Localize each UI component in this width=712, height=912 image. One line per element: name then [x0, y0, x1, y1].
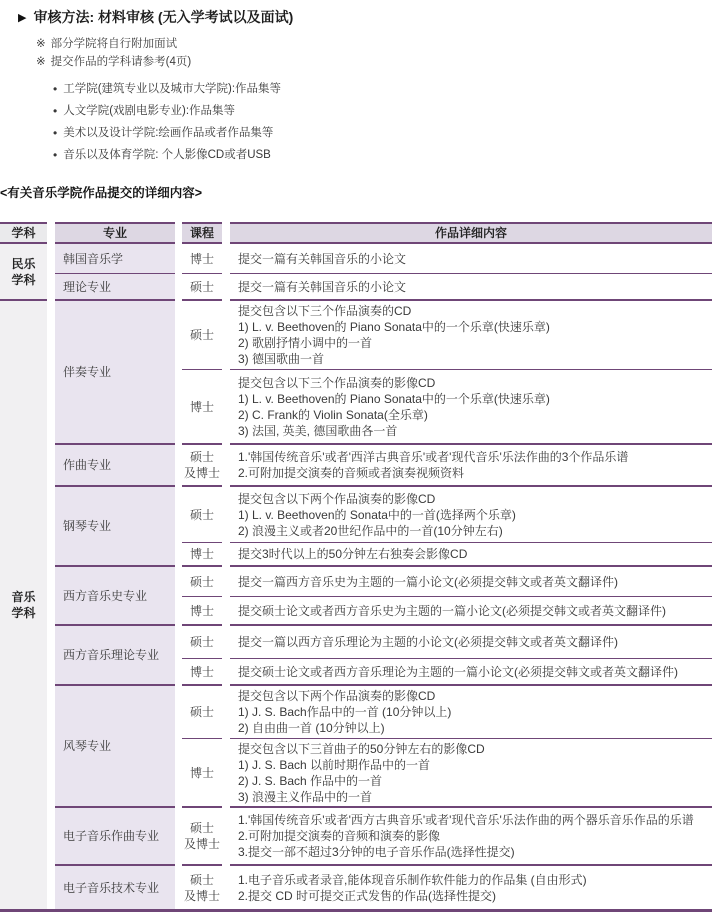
bullet-icon: • — [53, 100, 57, 122]
note-text: 部分学院将自行附加面试 — [51, 36, 178, 54]
bullet-item-engineering: • 工学院(建筑专业以及城市大学院):作品集等 — [53, 78, 712, 100]
bullet-text: 工学院(建筑专业以及城市大学院):作品集等 — [63, 78, 281, 100]
bullet-item-music-sports: • 音乐以及体育学院: 个人影像CD或者USB — [53, 144, 712, 166]
bullet-text: 人文学院(戏剧电影专业):作品集等 — [63, 100, 235, 122]
course-cell: 博士 — [182, 659, 222, 686]
college-bullet-list: • 工学院(建筑专业以及城市大学院):作品集等 • 人文学院(戏剧电影专业):作… — [0, 78, 712, 166]
triangle-marker-icon: ▶ — [18, 11, 26, 24]
major-electronic-music-technology: 电子音乐技术专业 — [55, 866, 175, 909]
course-cell: 博士 — [182, 244, 222, 274]
col-header-major: 专业 — [55, 222, 175, 244]
notes-list: ※ 部分学院将自行附加面试 ※ 提交作品的学科请参考(4页) — [0, 36, 712, 71]
major-western-music-theory: 西方音乐理论专业 — [55, 626, 175, 686]
detail-cell: 提交包含以下两个作品演奏的影像CD 1) L. v. Beethoven的 So… — [230, 487, 712, 543]
section-title: <有关音乐学院作品提交的详细内容> — [0, 183, 712, 201]
bullet-icon: • — [53, 122, 57, 144]
detail-cell: 提交包含以下三首曲子的50分钟左右的影像CD 1) J. S. Bach 以前时… — [230, 739, 712, 808]
course-cell: 硕士 — [182, 301, 222, 370]
major-piano: 钢琴专业 — [55, 487, 175, 567]
course-cell: 硕士 — [182, 686, 222, 739]
major-western-music-history: 西方音乐史专业 — [55, 567, 175, 626]
note-text: 提交作品的学科请参考(4页) — [51, 54, 192, 72]
course-cell: 硕士 — [182, 567, 222, 597]
detail-cell: 提交包含以下两个作品演奏的影像CD 1) J. S. Bach作品中的一首 (1… — [230, 686, 712, 739]
detail-cell: 1.'韩国传统音乐'或者'西方古典音乐'或者'现代音乐'乐法作曲的两个器乐音乐作… — [230, 808, 712, 866]
detail-cell: 提交一篇以西方音乐理论为主题的小论文(必须提交韩文或者英文翻译件) — [230, 626, 712, 659]
course-cell: 博士 — [182, 597, 222, 626]
course-cell: 博士 — [182, 739, 222, 808]
course-cell: 博士 — [182, 543, 222, 567]
major-composition: 作曲专业 — [55, 445, 175, 487]
detail-cell: 1.'韩国传统音乐'或者'西洋古典音乐'或者'现代音乐'乐法作曲的3个作品乐谱 … — [230, 445, 712, 487]
note-line: ※ 提交作品的学科请参考(4页) — [36, 54, 712, 72]
course-cell: 硕士 及博士 — [182, 808, 222, 866]
major-electronic-music-composition: 电子音乐作曲专业 — [55, 808, 175, 866]
note-line: ※ 部分学院将自行附加面试 — [36, 36, 712, 54]
col-header-detail: 作品详细内容 — [230, 222, 712, 244]
major-organ: 风琴专业 — [55, 686, 175, 808]
reference-mark-icon: ※ — [36, 54, 46, 72]
document-page: ▶ 审核方法: 材料审核 (无入学考试以及面试) ※ 部分学院将自行附加面试 ※… — [0, 7, 712, 912]
bullet-item-art-design: • 美术以及设计学院:绘画作品或者作品集等 — [53, 122, 712, 144]
major-korean-musicology: 韩国音乐学 — [55, 244, 175, 274]
detail-cell: 提交硕士论文或者西方音乐史为主题的一篇小论文(必须提交韩文或者英文翻译件) — [230, 597, 712, 626]
major-theory: 理论专业 — [55, 274, 175, 301]
bullet-text: 音乐以及体育学院: 个人影像CD或者USB — [63, 144, 271, 166]
course-cell: 硕士 — [182, 487, 222, 543]
course-cell: 硕士 及博士 — [182, 866, 222, 909]
bullet-text: 美术以及设计学院:绘画作品或者作品集等 — [63, 122, 273, 144]
course-cell: 硕士 — [182, 626, 222, 659]
review-method-text: 审核方法: 材料审核 (无入学考试以及面试) — [33, 7, 293, 27]
detail-cell: 提交一篇西方音乐史为主题的一篇小论文(必须提交韩文或者英文翻译件) — [230, 567, 712, 597]
major-accompaniment: 伴奏专业 — [55, 301, 175, 445]
bullet-icon: • — [53, 78, 57, 100]
course-cell: 博士 — [182, 370, 222, 445]
detail-cell: 提交包含以下三个作品演奏的影像CD 1) L. v. Beethoven的 Pi… — [230, 370, 712, 445]
detail-cell: 提交3时代以上的50分钟左右独奏会影像CD — [230, 543, 712, 567]
course-cell: 硕士 及博士 — [182, 445, 222, 487]
bullet-item-humanities: • 人文学院(戏剧电影专业):作品集等 — [53, 100, 712, 122]
col-header-course: 课程 — [182, 222, 222, 244]
detail-cell: 提交一篇有关韩国音乐的小论文 — [230, 244, 712, 274]
submission-detail-table: 学科 专业 课程 作品详细内容 民乐 学科 音乐 学科 韩国音乐学 理论专业 伴… — [0, 222, 712, 912]
subject-group-music: 音乐 学科 — [0, 301, 47, 909]
detail-cell: 提交硕士论文或者西方音乐理论为主题的一篇小论文(必须提交韩文或者英文翻译件) — [230, 659, 712, 686]
detail-cell: 提交一篇有关韩国音乐的小论文 — [230, 274, 712, 301]
detail-cell: 1.电子音乐或者录音,能体现音乐制作软件能力的作品集 (自由形式) 2.提交 C… — [230, 866, 712, 909]
subject-group-folk-music: 民乐 学科 — [0, 244, 47, 301]
course-cell: 硕士 — [182, 274, 222, 301]
review-method-title: ▶ 审核方法: 材料审核 (无入学考试以及面试) — [18, 7, 712, 27]
reference-mark-icon: ※ — [36, 36, 46, 54]
detail-cell: 提交包含以下三个作品演奏的CD 1) L. v. Beethoven的 Pian… — [230, 301, 712, 370]
bullet-icon: • — [53, 144, 57, 166]
col-header-subject: 学科 — [0, 222, 47, 244]
